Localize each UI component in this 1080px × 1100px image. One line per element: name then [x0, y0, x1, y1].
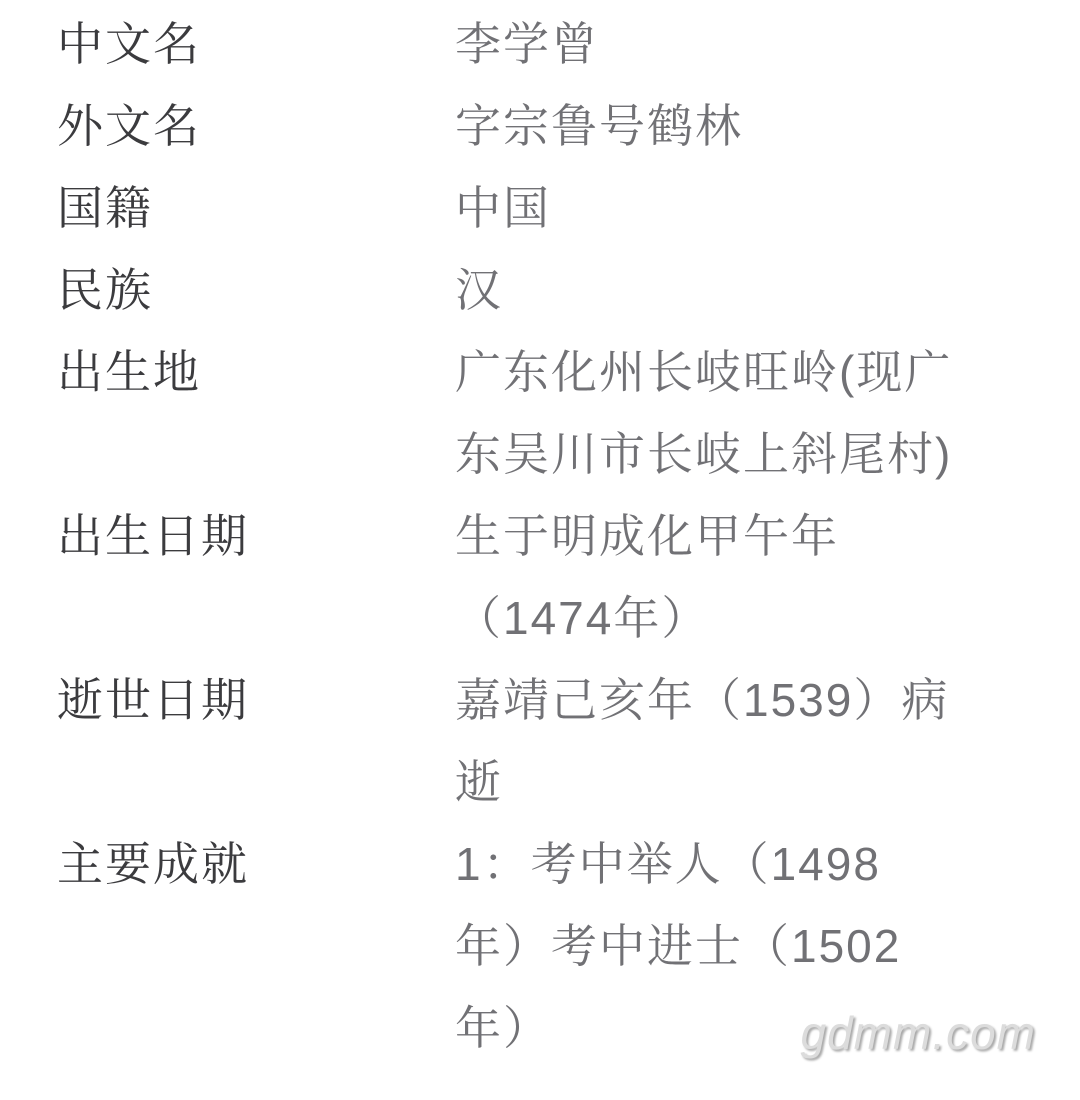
- field-label: 主要成就: [57, 823, 455, 905]
- field-value: 广东化州长岐旺岭(现广 东吴川市长岐上斜尾村): [455, 331, 1055, 495]
- info-row-death-date: 逝世日期 嘉靖己亥年（1539）病 逝: [0, 659, 1080, 823]
- info-row-ethnicity: 民族 汉: [0, 249, 1080, 331]
- info-row-birthplace: 出生地 广东化州长岐旺岭(现广 东吴川市长岐上斜尾村): [0, 331, 1080, 495]
- site-watermark: gdmm.com: [801, 1006, 1036, 1060]
- field-label: 中文名: [57, 3, 455, 85]
- field-label: 民族: [57, 249, 455, 331]
- field-value: 生于明成化甲午年 （1474年）: [455, 495, 1055, 659]
- info-row-foreign-name: 外文名 字宗鲁号鹤林: [0, 85, 1080, 167]
- field-value: 嘉靖己亥年（1539）病 逝: [455, 659, 1055, 823]
- info-row-nationality: 国籍 中国: [0, 167, 1080, 249]
- field-value: 李学曾: [455, 3, 1055, 85]
- field-label: 出生日期: [57, 495, 455, 577]
- field-label: 出生地: [57, 331, 455, 413]
- biography-infobox: 中文名 李学曾 外文名 字宗鲁号鹤林 国籍 中国 民族 汉 出生地 广东化州长岐…: [0, 0, 1080, 1100]
- field-label: 逝世日期: [57, 659, 455, 741]
- field-label: 国籍: [57, 167, 455, 249]
- info-row-chinese-name: 中文名 李学曾: [0, 3, 1080, 85]
- field-value: 汉: [455, 249, 1055, 331]
- field-value: 字宗鲁号鹤林: [455, 85, 1055, 167]
- field-value: 中国: [455, 167, 1055, 249]
- info-row-birth-date: 出生日期 生于明成化甲午年 （1474年）: [0, 495, 1080, 659]
- field-label: 外文名: [57, 85, 455, 167]
